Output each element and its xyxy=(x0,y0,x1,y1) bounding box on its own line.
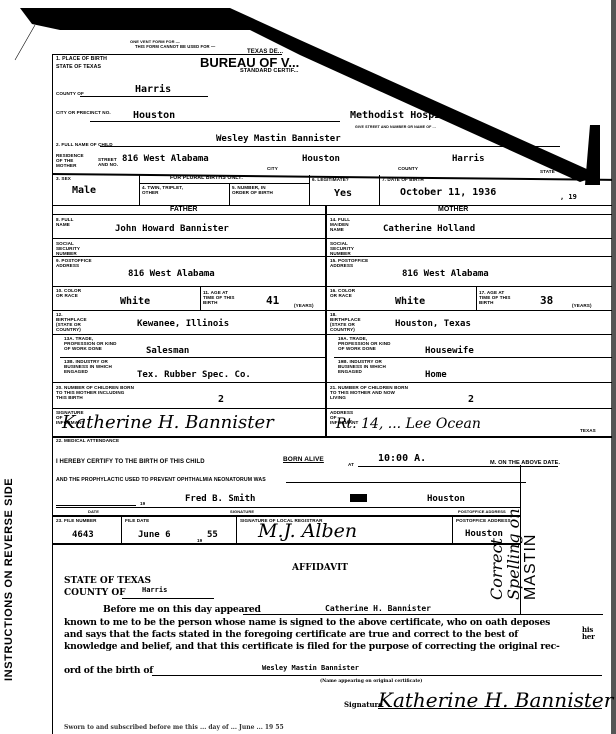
children-born-value: 2 xyxy=(218,394,224,405)
original-name-underline xyxy=(152,675,602,676)
mother-birthplace-value: Houston, Texas xyxy=(395,319,471,329)
cell-divider xyxy=(139,183,309,184)
physician-signature: Fred B. Smith xyxy=(185,494,255,504)
file-number-label: 23. FILE NUMBER xyxy=(56,518,97,523)
father-industry-label: 13B. INDUSTRY OR BUSINESS IN WHICH ENGAG… xyxy=(64,359,122,374)
prophylactic-underline xyxy=(286,482,526,483)
mother-race-label: 16. COLOR OR RACE xyxy=(330,288,360,298)
affidavit-signature-label: Signature xyxy=(344,700,383,709)
mother-industry-value: Home xyxy=(425,370,447,380)
city-precinct-label: CITY OR PRECINCT NO. xyxy=(56,110,111,115)
mother-address-label: 15. POSTOFFICE ADDRESS xyxy=(330,258,370,268)
affidavit-appeared-name: Catherine H. Bannister xyxy=(325,604,431,613)
physician-title: M.D. xyxy=(350,494,367,502)
on-above-date-text: M. ON THE ABOVE DATE. xyxy=(490,461,560,466)
county-underline xyxy=(80,96,208,97)
affidavit-line-2: known to me to be the person whose name … xyxy=(64,617,550,628)
signature-underline xyxy=(56,507,520,508)
date-underline xyxy=(56,505,136,506)
dob-label: 7. DATE OF BIRTH xyxy=(382,177,424,182)
residence-county-label: COUNTY xyxy=(398,166,418,171)
margin-correction-note: Correct Spelling on MASTIN xyxy=(488,508,539,600)
father-name-value: John Howard Bannister xyxy=(115,224,229,234)
row-divider xyxy=(60,357,325,358)
father-name-label: 8. FULL NAME xyxy=(56,217,84,227)
signature-label: SIGNATURE xyxy=(230,509,254,514)
affidavit-title: AFFIDAVIT xyxy=(292,563,348,573)
row-divider xyxy=(52,214,612,215)
row-divider xyxy=(327,286,612,287)
mother-ssn-label: SOCIAL SECURITY NUMBER xyxy=(330,241,360,256)
row-divider xyxy=(52,256,325,257)
row-divider xyxy=(327,408,612,409)
mother-section-header: MOTHER xyxy=(438,206,468,213)
father-age-label: 11. AGE AT TIME OF THIS BIRTH xyxy=(203,290,239,305)
cell-divider xyxy=(139,175,140,205)
legitimate-value: Yes xyxy=(334,188,352,199)
row-divider xyxy=(52,310,325,311)
side-instructions-text: INSTRUCTIONS ON REVERSE SIDE xyxy=(3,511,15,681)
dob-suffix: , 19 xyxy=(560,193,577,201)
cell-divider xyxy=(452,515,453,543)
mother-age-label: 17. AGE AT TIME OF THIS BIRTH xyxy=(479,290,515,305)
file-year-value: 55 xyxy=(207,530,218,540)
row-divider xyxy=(52,334,325,335)
children-born-label: 20. NUMBER OF CHILDREN BORN TO THIS MOTH… xyxy=(56,385,136,400)
row-divider xyxy=(52,382,325,383)
file-date-label: FILE DATE xyxy=(125,518,149,523)
residence-city-label: CITY xyxy=(267,166,278,171)
father-address-label: 9. POSTOFFICE ADDRESS xyxy=(56,258,96,268)
state-of-texas-label: STATE OF TEXAS xyxy=(56,65,101,70)
dob-value: October 11, 1936 xyxy=(400,187,496,198)
mother-birthplace-label: 18. BIRTHPLACE (STATE OR COUNTRY) xyxy=(330,312,362,332)
affidavit-line-1-prefix: Before me on this day appeared xyxy=(103,604,261,615)
born-alive-text: BORN ALIVE xyxy=(283,457,324,462)
row-divider xyxy=(327,238,612,239)
birth-time-value: 10:00 A. xyxy=(378,453,426,464)
file-number-value: 4643 xyxy=(72,530,94,540)
city-underline xyxy=(90,121,340,122)
signature-underline xyxy=(378,708,602,709)
file-date-value: June 6 xyxy=(138,530,171,540)
informant-signature: Katherine H. Bannister xyxy=(62,412,274,433)
legitimate-label: 6. LEGITIMATE? xyxy=(312,177,349,182)
row-divider xyxy=(334,357,612,358)
row-divider xyxy=(52,408,325,409)
affidavit-sworn-line: Sworn to and subscribed before me this .… xyxy=(64,724,604,734)
birth-city-value: Houston xyxy=(133,110,175,121)
institution-hint-label: GIVE STREET AND NUMBER OR NAME OF ... xyxy=(355,125,436,130)
residence-label: RESIDENCE OF THE MOTHER xyxy=(56,153,90,168)
child-name-value: Wesley Mastin Bannister xyxy=(216,134,341,144)
order-label: 5. NUMBER, IN ORDER OF BIRTH xyxy=(232,185,284,195)
medical-year-prefix: 19 xyxy=(140,501,145,506)
plural-births-label: FOR PLURAL BIRTHS ONLY: xyxy=(170,176,243,181)
row-divider xyxy=(52,543,520,545)
mother-years-label: (YEARS) xyxy=(572,303,592,308)
mother-race-value: White xyxy=(395,296,425,307)
folded-corner-artifact xyxy=(0,0,616,200)
father-race-label: 10. COLOR OR RACE xyxy=(56,288,86,298)
row-divider xyxy=(327,310,612,311)
father-trade-label: 13A. TRADE, PROFESSION OR KIND OF WORK D… xyxy=(64,336,124,351)
cell-divider xyxy=(229,183,230,205)
appeared-underline xyxy=(243,614,603,615)
father-mother-divider xyxy=(325,205,327,437)
affidavit-original-name: Wesley Mastin Bannister xyxy=(262,664,359,672)
margin-note-line-3: MASTIN xyxy=(522,508,539,600)
father-age-value: 41 xyxy=(266,294,279,307)
twin-label: 4. TWIN, TRIPLET, OTHER xyxy=(142,185,192,195)
father-ssn-label: SOCIAL SECURITY NUMBER xyxy=(56,241,86,256)
informant-address: Rt. 14, ... Lee Ocean xyxy=(336,416,481,432)
row-divider xyxy=(52,436,612,438)
form-top-border xyxy=(52,54,282,55)
mother-name-label: 14. FULL MAIDEN NAME xyxy=(330,217,358,232)
row-divider xyxy=(327,334,612,335)
residence-city-value: Houston xyxy=(302,154,340,164)
affidavit-line-5-prefix: ord of the birth of xyxy=(64,665,153,676)
cell-divider xyxy=(200,286,201,310)
row-divider xyxy=(327,256,612,257)
prophylactic-text: AND THE PROPHYLACTIC USED TO PREVENT OPH… xyxy=(56,478,266,483)
mother-age-value: 38 xyxy=(540,294,553,307)
mother-address-value: 816 West Alabama xyxy=(402,269,489,279)
cell-divider xyxy=(236,515,237,543)
affidavit-original-name-label: (Name appearing on original certificate) xyxy=(320,679,422,684)
father-address-value: 816 West Alabama xyxy=(128,269,215,279)
father-race-value: White xyxy=(120,296,150,307)
county-underline xyxy=(122,598,214,599)
row-divider xyxy=(52,515,520,517)
row-divider xyxy=(52,238,325,239)
mother-industry-label: 19B. INDUSTRY OR BUSINESS IN WHICH ENGAG… xyxy=(338,359,396,374)
residence-street-value: 816 West Alabama xyxy=(122,154,209,164)
place-of-birth-label: 1. PLACE OF BIRTH xyxy=(56,57,107,62)
sex-label: 3. SEX xyxy=(56,176,71,181)
certify-text: I HEREBY CERTIFY TO THE BIRTH OF THIS CH… xyxy=(56,460,205,465)
scan-edge-bar xyxy=(611,0,616,734)
margin-note-line-2: Spelling on xyxy=(505,508,522,600)
affidavit-county-value: Harris xyxy=(142,586,167,594)
father-industry-value: Tex. Rubber Spec. Co. xyxy=(137,370,251,380)
mother-name-value: Catherine Holland xyxy=(383,224,475,234)
children-living-label: 21. NUMBER OF CHILDREN BORN TO THIS MOTH… xyxy=(330,385,410,400)
residence-county-value: Harris xyxy=(452,154,485,164)
father-birthplace-value: Kewanee, Illinois xyxy=(137,319,229,329)
certificate-subtitle: STANDARD CERTIF... xyxy=(240,69,299,74)
mother-trade-value: Housewife xyxy=(425,346,474,356)
street-label: STREET AND NO. xyxy=(98,157,120,167)
father-years-label: (YEARS) xyxy=(294,303,314,308)
physician-postoffice: Houston xyxy=(427,494,465,504)
margin-note-line-1: Correct xyxy=(488,508,505,600)
at-label: AT xyxy=(348,462,354,467)
mother-trade-label: 19A. TRADE, PROFESSION OR KIND OF WORK D… xyxy=(338,336,398,351)
children-living-value: 2 xyxy=(468,394,474,405)
father-section-header: FATHER xyxy=(170,206,197,213)
child-name-underline xyxy=(100,146,560,147)
header-notice-2: This form cannot be used for — xyxy=(135,44,215,49)
cell-divider xyxy=(121,515,122,543)
medical-attendance-label: 22. MEDICAL ATTENDANCE xyxy=(56,438,119,443)
cell-divider xyxy=(309,175,310,205)
time-underline xyxy=(358,466,558,467)
institution-value: Methodist Hospital xyxy=(350,110,458,121)
affidavit-line-4: knowledge and belief, and that this cert… xyxy=(64,641,560,652)
sex-value: Male xyxy=(72,185,96,196)
form-left-border xyxy=(52,54,53,734)
cell-divider xyxy=(476,286,477,310)
row-divider xyxy=(327,382,612,383)
father-birthplace-label: 12. BIRTHPLACE (STATE OR COUNTRY) xyxy=(56,312,88,332)
row-divider xyxy=(52,286,325,287)
affidavit-state: STATE OF TEXAS xyxy=(64,576,151,586)
row-divider xyxy=(52,205,612,206)
informant-state: TEXAS xyxy=(580,428,596,433)
residence-state-label: STATE xyxy=(540,169,555,174)
father-trade-value: Salesman xyxy=(146,346,189,356)
date-label: DATE xyxy=(88,509,99,514)
affidavit-line-3: and says that the facts stated in the fo… xyxy=(64,629,518,640)
birth-county-value: Harris xyxy=(135,84,171,95)
affidavit-her: her xyxy=(582,632,595,641)
cell-divider xyxy=(379,175,380,205)
affidavit-county-label: COUNTY OF xyxy=(64,588,126,598)
registrar-signature: M.J. Alben xyxy=(258,520,357,542)
